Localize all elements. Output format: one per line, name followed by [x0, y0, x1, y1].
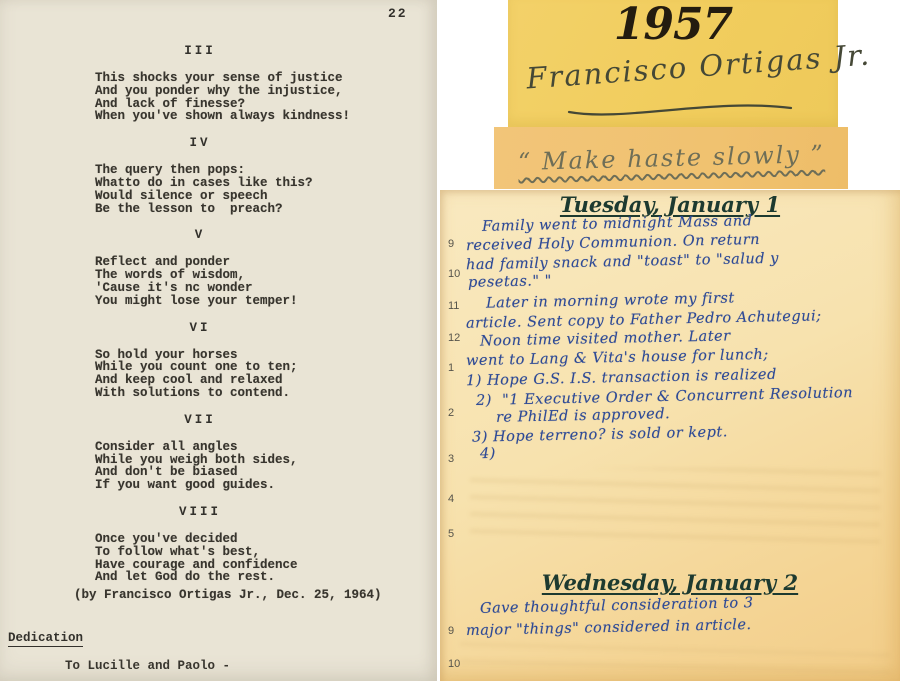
margin-hour-number: 9: [448, 625, 454, 637]
stanza-numeral: III: [95, 44, 305, 58]
diary-entry-header-tuesday: Tuesday, January 1: [440, 192, 900, 217]
diary-handwritten-line: Later in morning wrote my first: [486, 290, 735, 311]
diary-handwritten-line: 4): [480, 446, 496, 462]
margin-hour-number: 5: [448, 528, 454, 540]
poem-line: Would silence or speech: [95, 190, 350, 203]
ink-showthrough: [470, 468, 880, 546]
stanza-numeral: VII: [95, 413, 305, 427]
diary-page: Tuesday, January 1 Wednesday, January 2 …: [440, 190, 900, 681]
poem-sections: IIIThis shocks your sense of justiceAnd …: [95, 44, 350, 584]
poem-line: And you ponder why the injustice,: [95, 85, 350, 98]
diary-handwritten-line: 1) Hope G.S. I.S. transaction is realize…: [466, 366, 777, 389]
margin-hour-number: 3: [448, 453, 454, 465]
diary-handwritten-line: received Holy Communion. On return: [466, 232, 760, 254]
year-card: 1957 Francisco Ortigas Jr.: [508, 0, 838, 127]
poem-line: Be the lesson to preach?: [95, 203, 350, 216]
poem-byline: (by Francisco Ortigas Jr., Dec. 25, 1964…: [74, 588, 382, 602]
poem-line: And let God do the rest.: [95, 571, 350, 584]
poem-line: This shocks your sense of justice: [95, 72, 350, 85]
poem-stanza: IIIThis shocks your sense of justiceAnd …: [95, 44, 350, 123]
margin-hour-number: 11: [448, 300, 459, 312]
poem-stanza: IVThe query then pops:Whatto do in cases…: [95, 136, 350, 215]
diary-entry-header-wednesday: Wednesday, January 2: [440, 570, 900, 595]
signature-flourish-stroke: [563, 96, 803, 122]
scrapbook-spread: 22 IIIThis shocks your sense of justiceA…: [0, 0, 900, 681]
diary-handwritten-line: major "things" considered in article.: [466, 617, 752, 639]
poem-line: With solutions to contend.: [95, 387, 350, 400]
stanza-numeral: V: [95, 228, 305, 242]
margin-hour-number: 10: [448, 658, 460, 670]
margin-hour-number: 1: [448, 362, 454, 374]
margin-hour-number: 10: [448, 268, 460, 280]
diary-handwritten-line: article. Sent copy to Father Pedro Achut…: [466, 308, 822, 331]
poem-line: Consider all angles: [95, 441, 350, 454]
margin-hour-number: 12: [448, 332, 460, 344]
diary-handwritten-line: went to Lang & Vita's house for lunch;: [466, 347, 769, 369]
poem-stanza: VIIIOnce you've decidedTo follow what's …: [95, 505, 350, 584]
motto-strip: “ Make haste slowly ”: [494, 127, 848, 189]
poem-line: You might lose your temper!: [95, 295, 350, 308]
diary-handwritten-line: Gave thoughtful consideration to 3: [480, 595, 754, 617]
diary-handwritten-line: re PhilEd is approved.: [496, 406, 671, 426]
poem-line: Whatto do in cases like this?: [95, 177, 350, 190]
poem-stanza: VIIConsider all anglesWhile you weigh bo…: [95, 413, 350, 492]
poem-line: When you've shown always kindness!: [95, 110, 350, 123]
stanza-numeral: VIII: [95, 505, 305, 519]
margin-hour-number: 2: [448, 407, 454, 419]
stanza-numeral: VI: [95, 321, 305, 335]
margin-hour-number: 9: [448, 238, 454, 250]
diary-handwritten-line: 3) Hope terreno? is sold or kept.: [472, 425, 728, 446]
ink-showthrough: [460, 642, 890, 676]
dedication-heading: Dedication: [8, 631, 83, 647]
poem-page: 22 IIIThis shocks your sense of justiceA…: [0, 0, 437, 681]
dedication-text: To Lucille and Paolo -: [65, 659, 230, 673]
poem-line: To follow what's best,: [95, 546, 350, 559]
poem-stanza: VReflect and ponderThe words of wisdom,'…: [95, 228, 350, 307]
stanza-numeral: IV: [95, 136, 305, 150]
diary-handwritten-line: 2) "1 Executive Order & Concurrent Resol…: [476, 385, 853, 409]
motto-text: “ Make haste slowly ”: [517, 140, 824, 176]
diary-handwritten-line: pesetas." ": [468, 273, 552, 291]
diary-handwritten-line: Noon time visited mother. Later: [480, 329, 731, 350]
margin-hour-number: 4: [448, 493, 454, 505]
diary-handwritten-line: had family snack and "toast" to "salud y: [466, 251, 779, 274]
dedication-block: Dedication To Lucille and Paolo -: [8, 628, 230, 673]
poem-stanza: VISo hold your horsesWhile you count one…: [95, 321, 350, 400]
poem-line: 'Cause it's nc wonder: [95, 282, 350, 295]
poem-line: If you want good guides.: [95, 479, 350, 492]
poem-line: Once you've decided: [95, 533, 350, 546]
page-number: 22: [388, 6, 408, 21]
